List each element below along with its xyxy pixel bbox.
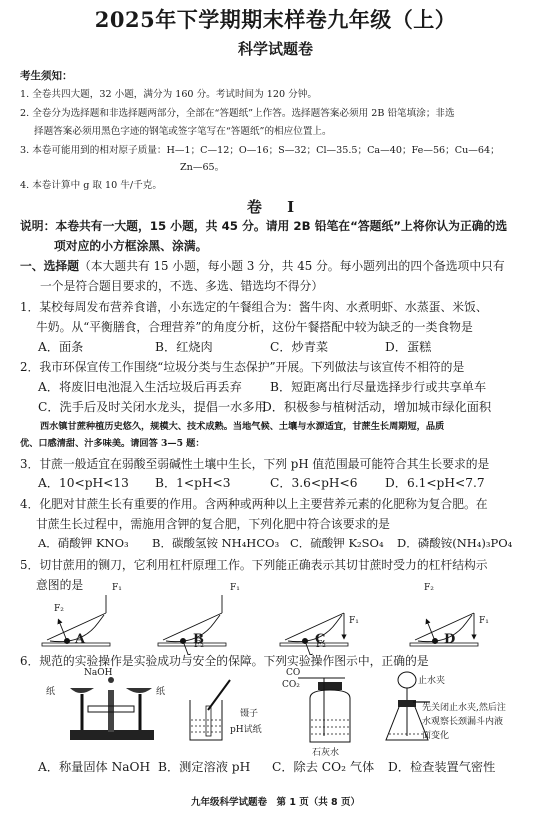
q2-option-c[interactable]: C．洗手后及时关闭水龙头，提倡一水多用 (38, 398, 267, 415)
question-stem: 甘蔗一般适宜在弱酸至弱碱性土壤中生长，下列 pH 值范围最可能符合其生长要求的是 (39, 457, 489, 471)
q6-option-d[interactable]: D．检查装置气密性 (388, 758, 495, 775)
q6-option-b[interactable]: B．测定溶液 pH (158, 758, 250, 775)
question-stem: 切甘蔗用的铡刀，它利用杠杆原理工作。下列能正确表示其切甘蔗时受力的杠杆结构示 (39, 558, 487, 572)
question-number: 1． (20, 300, 39, 314)
notice-item-3-cont: Zn—65。 (180, 159, 224, 176)
label-f1: F₁ (349, 616, 359, 626)
question-number: 4． (20, 497, 39, 511)
q6-option-c[interactable]: C．除去 CO₂ 气体 (272, 758, 374, 775)
q1-option-a[interactable]: A．面条 (38, 338, 83, 355)
question-number: 5． (20, 558, 39, 572)
figure-label-d[interactable]: D (444, 632, 455, 647)
question-3: 3．甘蔗一般适宜在弱酸至弱碱性土壤中生长，下列 pH 值范围最可能符合其生长要求… (20, 454, 489, 474)
q1-option-b[interactable]: B．红烧肉 (155, 338, 213, 355)
part-description: （本大题共有 15 小题，每小题 3 分，共 45 分。每小题列出的四个备选项中… (79, 259, 505, 273)
notice-item-3: 3. 本卷可能用到的相对原子质量：H—1；C—12；O—16；S—32；Cl—3… (20, 142, 500, 159)
q1-option-c[interactable]: C．炒青菜 (270, 338, 328, 355)
q4-option-a[interactable]: A．硝酸钾 KNO₃ (38, 535, 129, 551)
notice-item-4: 4. 本卷计算中 g 取 10 牛/千克。 (20, 177, 162, 194)
q3-option-b[interactable]: B．1<pH<3 (155, 474, 231, 491)
question-stem: 某校每周发布营养食谱，小东选定的午餐组合为：酱牛肉、水煮明虾、水蒸蛋、米饭、 (39, 300, 487, 314)
figure-label-a[interactable]: A (75, 632, 85, 647)
part-heading: 一、选择题 (20, 259, 79, 273)
tweezers-label: 镊子 (240, 706, 258, 719)
limewater-label: 石灰水 (312, 745, 339, 758)
notice-item-2-cont: 择题答案必须用黑色字迹的钢笔或签字笔写在“答题纸”的相应位置上。 (34, 123, 332, 140)
section-title: 卷 I (0, 196, 551, 217)
question-5: 5．切甘蔗用的铡刀，它利用杠杆原理工作。下列能正确表示其切甘蔗时受力的杠杆结构示 (20, 555, 488, 575)
gas-bottle-figure (298, 678, 350, 742)
context-paragraph-cont: 优、口感清甜、汁多味美。请回答 3—5 题： (20, 436, 205, 452)
question-stem: 我市环保宣传工作围绕“垃圾分类与生态保护”开展。下列做法与该宣传不相符的是 (39, 360, 464, 374)
question-number: 3． (20, 457, 39, 471)
co2-label: CO₂ (282, 680, 300, 690)
figure-label-b[interactable]: B (193, 632, 204, 647)
question-number: 2． (20, 360, 39, 374)
section-instructions: 说明：本卷共有一大题，15 小题，共 45 分。请用 2B 铅笔在“答题纸”上将… (20, 216, 507, 236)
clamp-label: 止水夹 (418, 673, 445, 686)
exam-subtitle: 科学试题卷 (0, 38, 551, 59)
note-line-2: 水观察长颈漏斗内液 (422, 714, 503, 727)
q3-option-a[interactable]: A．10<pH<13 (38, 474, 129, 491)
figure-label-c[interactable]: C (315, 632, 325, 647)
paper-right-label: 纸 (156, 684, 165, 697)
label-f2: F₂ (54, 604, 64, 614)
question-6: 6．规范的实验操作是实验成功与安全的保障。下列实验操作图示中，正确的是 (20, 651, 429, 671)
q4-option-b[interactable]: B．碳酸氢铵 NH₄HCO₃ (152, 535, 279, 551)
question-4: 4．化肥对甘蔗生长有重要的作用。含两种或两种以上主要营养元素的化肥称为复合肥。在 (20, 494, 488, 514)
q2-option-a[interactable]: A．将废旧电池混入生活垃圾后再丢弃 (38, 378, 242, 395)
note-line-1: 先关闭止水夹,然后注 (422, 700, 506, 713)
page-footer: 九年级科学试题卷 第 1 页（共 8 页） (0, 794, 551, 808)
question-1-stem-cont: 牛奶。从“平衡膳食，合理营养”的角度分析，这份午餐搭配中较为缺乏的一类食物是 (36, 317, 473, 337)
q2-option-b[interactable]: B．短距离出行尽量选择步行或共享单车 (270, 378, 486, 395)
q6-option-a[interactable]: A．称量固体 NaOH (38, 758, 150, 775)
q4-option-c[interactable]: C．硫酸钾 K₂SO₄ (290, 535, 384, 551)
question-stem: 化肥对甘蔗生长有重要的作用。含两种或两种以上主要营养元素的化肥称为复合肥。在 (39, 497, 487, 511)
label-f2: F₂ (424, 583, 434, 593)
question-2: 2．我市环保宣传工作围绕“垃圾分类与生态保护”开展。下列做法与该宣传不相符的是 (20, 357, 464, 377)
question-number: 6． (20, 654, 39, 668)
lever-figure-c (280, 613, 348, 655)
paper-left-label: 纸 (46, 684, 55, 697)
q1-option-d[interactable]: D．蛋糕 (385, 338, 431, 355)
label-f1: F₁ (230, 583, 240, 593)
section-instructions-cont: 项对应的小方框涂黑、涂满。 (54, 236, 207, 256)
q2-option-d[interactable]: D．积极参与植树活动，增加城市绿化面积 (262, 398, 491, 415)
beaker-figure (190, 680, 230, 740)
balance-figure (70, 677, 154, 740)
notice-heading: 考生须知： (20, 68, 73, 85)
q3-option-d[interactable]: D．6.1<pH<7.7 (385, 474, 485, 491)
q3-option-c[interactable]: C．3.6<pH<6 (270, 474, 358, 491)
label-f1: F₁ (112, 583, 122, 593)
question-4-stem-cont: 甘蔗生长过程中，需施用含钾的复合肥，下列化肥中符合该要求的是 (36, 514, 390, 534)
naoh-label: NaOH (84, 668, 112, 678)
question-stem: 规范的实验操作是实验成功与安全的保障。下列实验操作图示中，正确的是 (39, 654, 428, 668)
notice-item-1: 1. 全卷共四大题，32 小题，满分为 160 分。考试时间为 120 分钟。 (20, 86, 317, 103)
co-label: CO (286, 668, 300, 678)
notice-item-2: 2. 全卷分为选择题和非选择题两部分，全部在“答题纸”上作答。选择题答案必须用 … (20, 105, 455, 122)
exam-title: 2025年下学期期末样卷九年级（上） (0, 4, 551, 34)
q4-option-d[interactable]: D．磷酸铵(NH₄)₃PO₄ (397, 535, 512, 551)
note-line-3: 面变化 (422, 728, 449, 741)
ph-paper-label: pH试纸 (230, 722, 262, 735)
question-1: 1．某校每周发布营养食谱，小东选定的午餐组合为：酱牛肉、水煮明虾、水蒸蛋、米饭、 (20, 297, 488, 317)
question-5-stem-cont: 意图的是 (36, 575, 83, 595)
context-paragraph: 西水镇甘蔗种植历史悠久，规模大、技术成熟。当地气候、土壤与水源适宜，甘蔗生长周期… (40, 419, 444, 435)
part-description-cont: 一个是符合题目要求的，不选、多选、错选均不得分） (40, 276, 323, 296)
label-f1: F₁ (479, 616, 489, 626)
lever-figure-b (158, 595, 226, 655)
